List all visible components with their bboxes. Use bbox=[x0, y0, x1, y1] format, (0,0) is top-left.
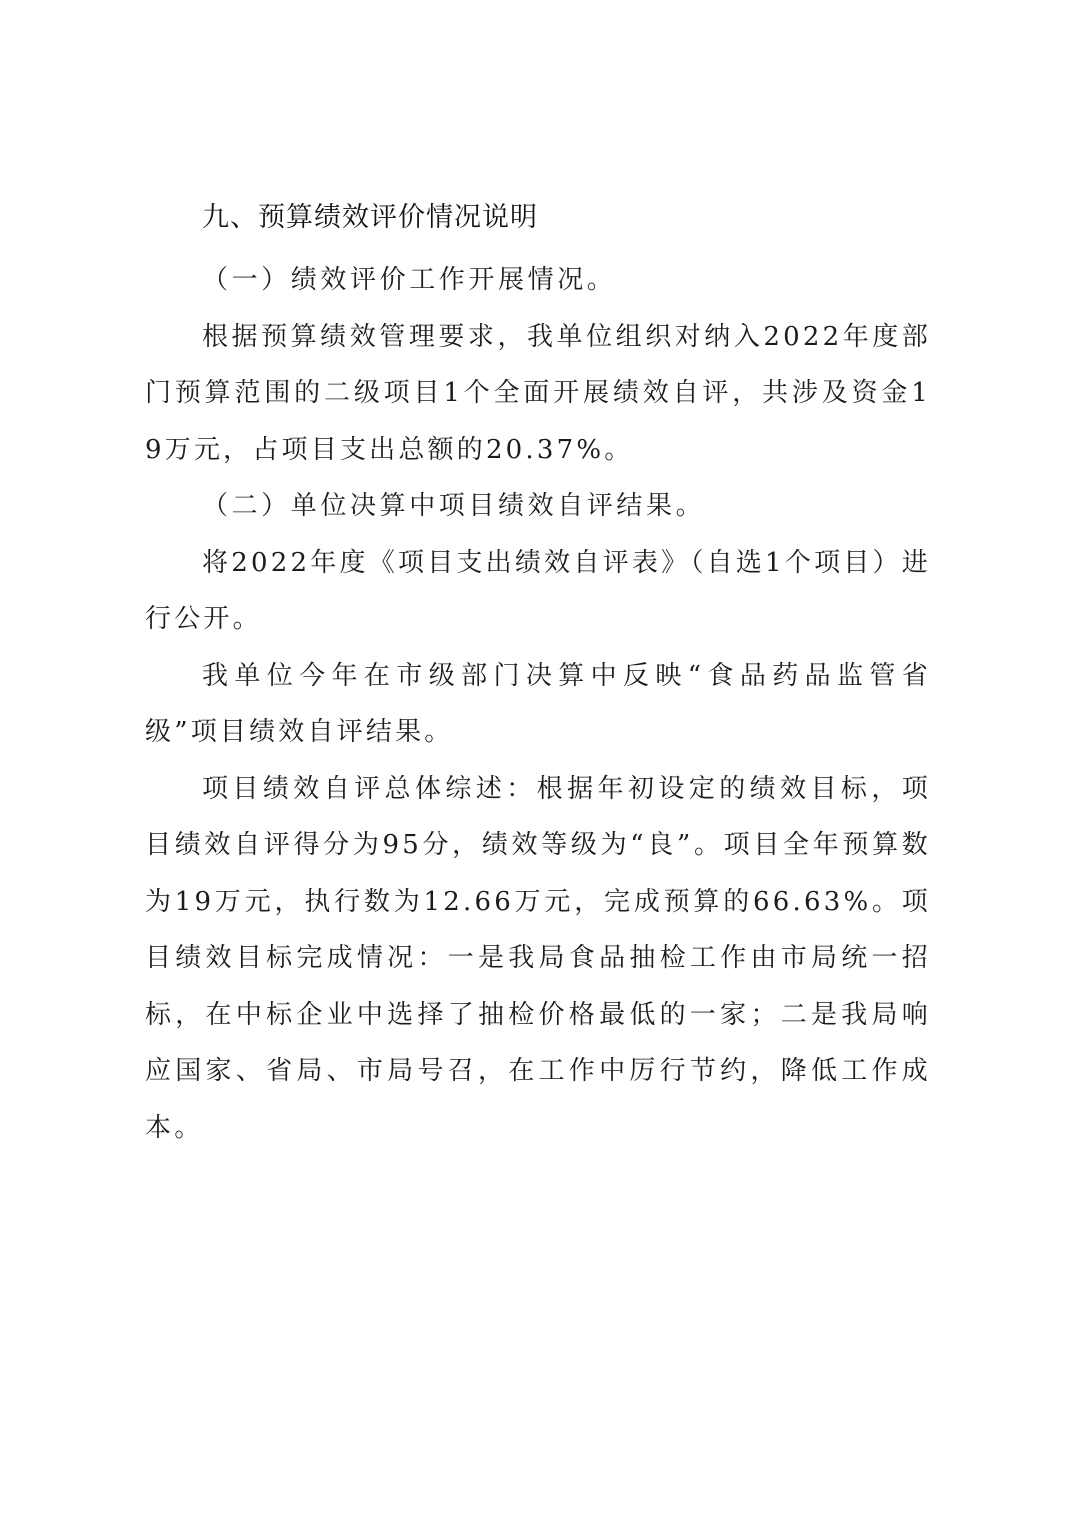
section-title: 九、预算绩效评价情况说明 bbox=[145, 196, 931, 240]
paragraph: 根据预算绩效管理要求，我单位组织对纳入2022年度部门预算范围的二级项目1个全面… bbox=[145, 309, 931, 479]
subsection-1-title: （一）绩效评价工作开展情况。 bbox=[145, 252, 931, 309]
document-page: 九、预算绩效评价情况说明 （一）绩效评价工作开展情况。 根据预算绩效管理要求，我… bbox=[145, 196, 931, 1156]
paragraph: 将2022年度《项目支出绩效自评表》（自选1个项目）进行公开。 bbox=[145, 535, 931, 648]
paragraph: 项目绩效自评总体综述：根据年初设定的绩效目标，项目绩效自评得分为95分，绩效等级… bbox=[145, 761, 931, 1157]
subsection-2-title: （二）单位决算中项目绩效自评结果。 bbox=[145, 478, 931, 535]
paragraph: 我单位今年在市级部门决算中反映“食品药品监管省级”项目绩效自评结果。 bbox=[145, 648, 931, 761]
